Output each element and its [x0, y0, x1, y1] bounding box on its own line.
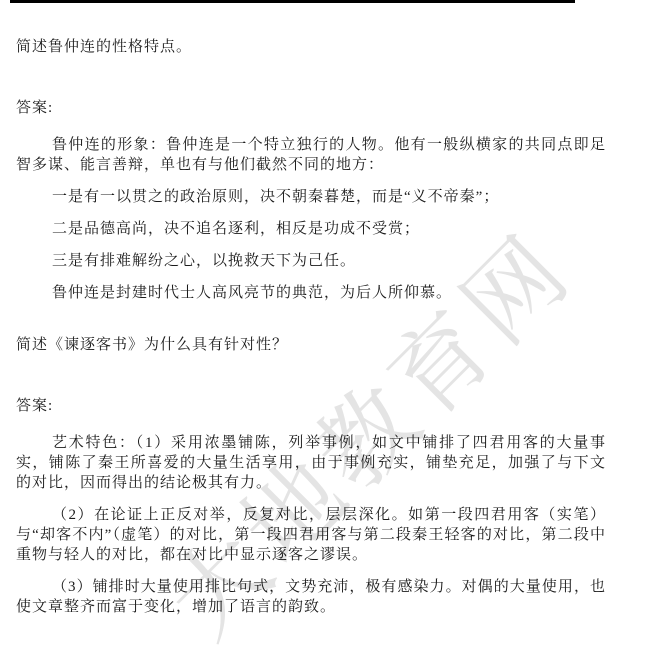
answer-paragraph: 三是有排难解纷之心，以挽救天下为己任。: [16, 251, 606, 271]
question-1: 简述鲁仲连的性格特点。: [16, 37, 606, 57]
answer-paragraph: 二是品德高尚，决不追名逐利，相反是功成不受赏；: [16, 219, 606, 239]
answer-paragraph: 一是有一以贯之的政治原则，决不朝秦暮楚，而是“义不帝秦”；: [16, 187, 606, 207]
question-2: 简述《谏逐客书》为什么具有针对性？: [16, 335, 606, 355]
document-page: 大地教育网 简述鲁仲连的性格特点。 答案: 鲁仲连的形象：鲁仲连是一个特立独行的…: [0, 0, 670, 659]
answer-paragraph: 鲁仲连的形象：鲁仲连是一个特立独行的人物。他有一般纵横家的共同点即足智多谋、能言…: [16, 135, 606, 175]
answer-paragraph: （2）在论证上正反对举，反复对比，层层深化。如第一段四君用客（实笔）与“却客不内…: [16, 505, 606, 565]
answer-label-1: 答案:: [16, 98, 606, 118]
top-divider: [10, 0, 575, 3]
answer-paragraph: 艺术特色：（1）采用浓墨铺陈，列举事例，如文中铺排了四君用客的大量事实，铺陈了秦…: [16, 433, 606, 493]
document-content: 简述鲁仲连的性格特点。 答案: 鲁仲连的形象：鲁仲连是一个特立独行的人物。他有一…: [0, 0, 670, 617]
answer-paragraph: （3）铺排时大量使用排比句式，文势充沛，极有感染力。对偶的大量使用，也使文章整齐…: [16, 577, 606, 617]
answer-label-2: 答案:: [16, 396, 606, 416]
answer-paragraph: 鲁仲连是封建时代士人高风亮节的典范，为后人所仰慕。: [16, 283, 606, 303]
